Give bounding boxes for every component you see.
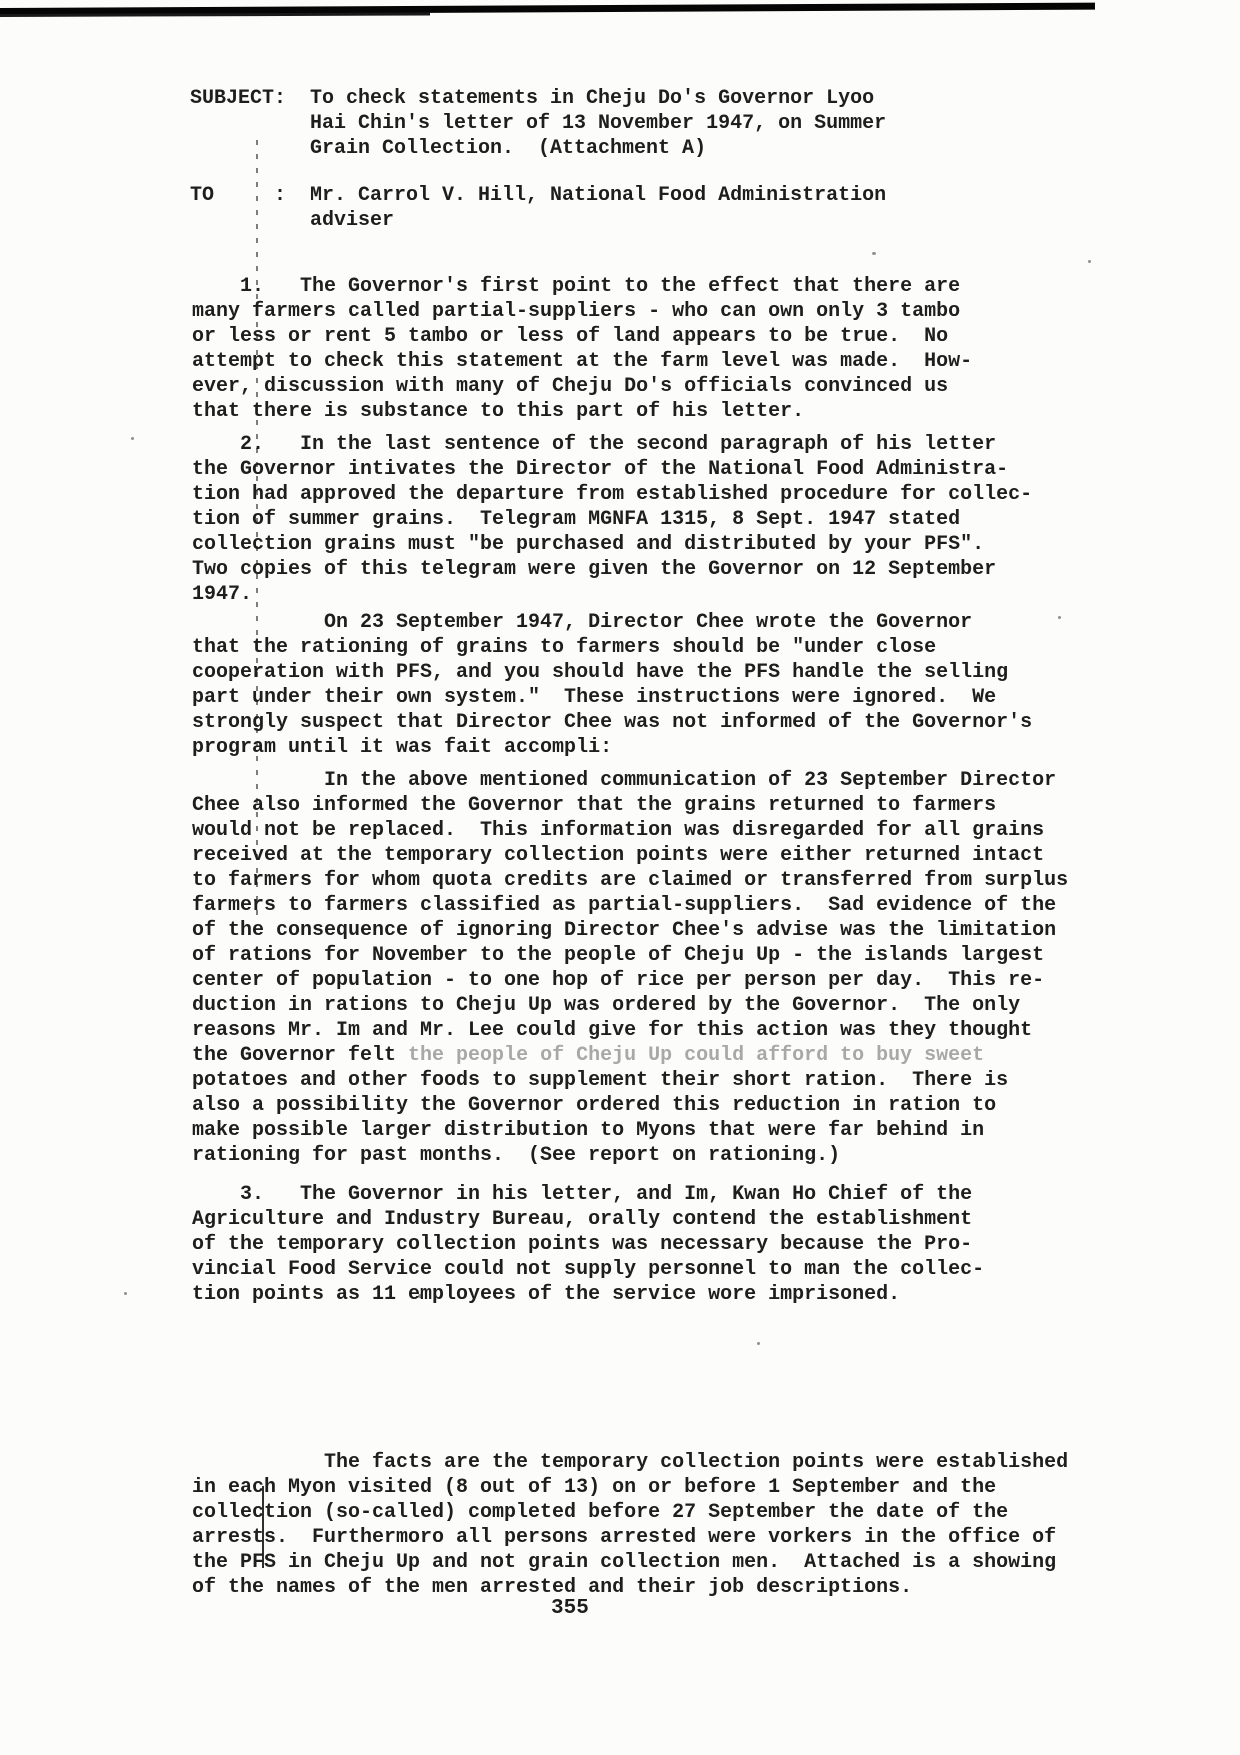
- to-row: TO : Mr. Carrol V. Hill, National Food A…: [190, 183, 886, 233]
- to-label: TO :: [190, 183, 310, 233]
- paragraph-4-part-a: In the above mentioned communication of …: [192, 769, 1068, 1042]
- subject-label: SUBJECT:: [190, 86, 310, 161]
- paragraph-1: 1. The Governor's first point to the eff…: [192, 274, 972, 424]
- scan-speck: [757, 1342, 760, 1345]
- paragraph-5: 3. The Governor in his letter, and Im, K…: [192, 1182, 984, 1307]
- subject-row: SUBJECT: To check statements in Cheju Do…: [190, 86, 886, 161]
- scan-speck: [1088, 260, 1091, 263]
- paragraph-4-part-b-lead: the Governor felt: [192, 1044, 408, 1067]
- scan-speck: [872, 252, 876, 255]
- paragraph-3: On 23 September 1947, Director Chee wrot…: [192, 610, 1032, 760]
- paragraph-6: The facts are the temporary collection p…: [192, 1450, 1068, 1600]
- document-page: SUBJECT: To check statements in Cheju Do…: [0, 0, 1240, 1755]
- subject-text: To check statements in Cheju Do's Govern…: [310, 86, 886, 161]
- to-text: Mr. Carrol V. Hill, National Food Admini…: [310, 183, 886, 233]
- page-number: 355: [551, 1596, 589, 1621]
- paragraph-4-faded-line: the people of Cheju Up could afford to b…: [408, 1044, 984, 1067]
- scan-artifact-top-bar-lower: [0, 12, 430, 17]
- scan-speck: [131, 437, 134, 440]
- paragraph-4: In the above mentioned communication of …: [192, 768, 1068, 1168]
- scan-speck: [124, 1292, 127, 1295]
- paragraph-2: 2. In the last sentence of the second pa…: [192, 432, 1032, 607]
- scan-speck: [1058, 616, 1061, 619]
- paragraph-4-part-c: potatoes and other foods to supplement t…: [192, 1069, 1008, 1167]
